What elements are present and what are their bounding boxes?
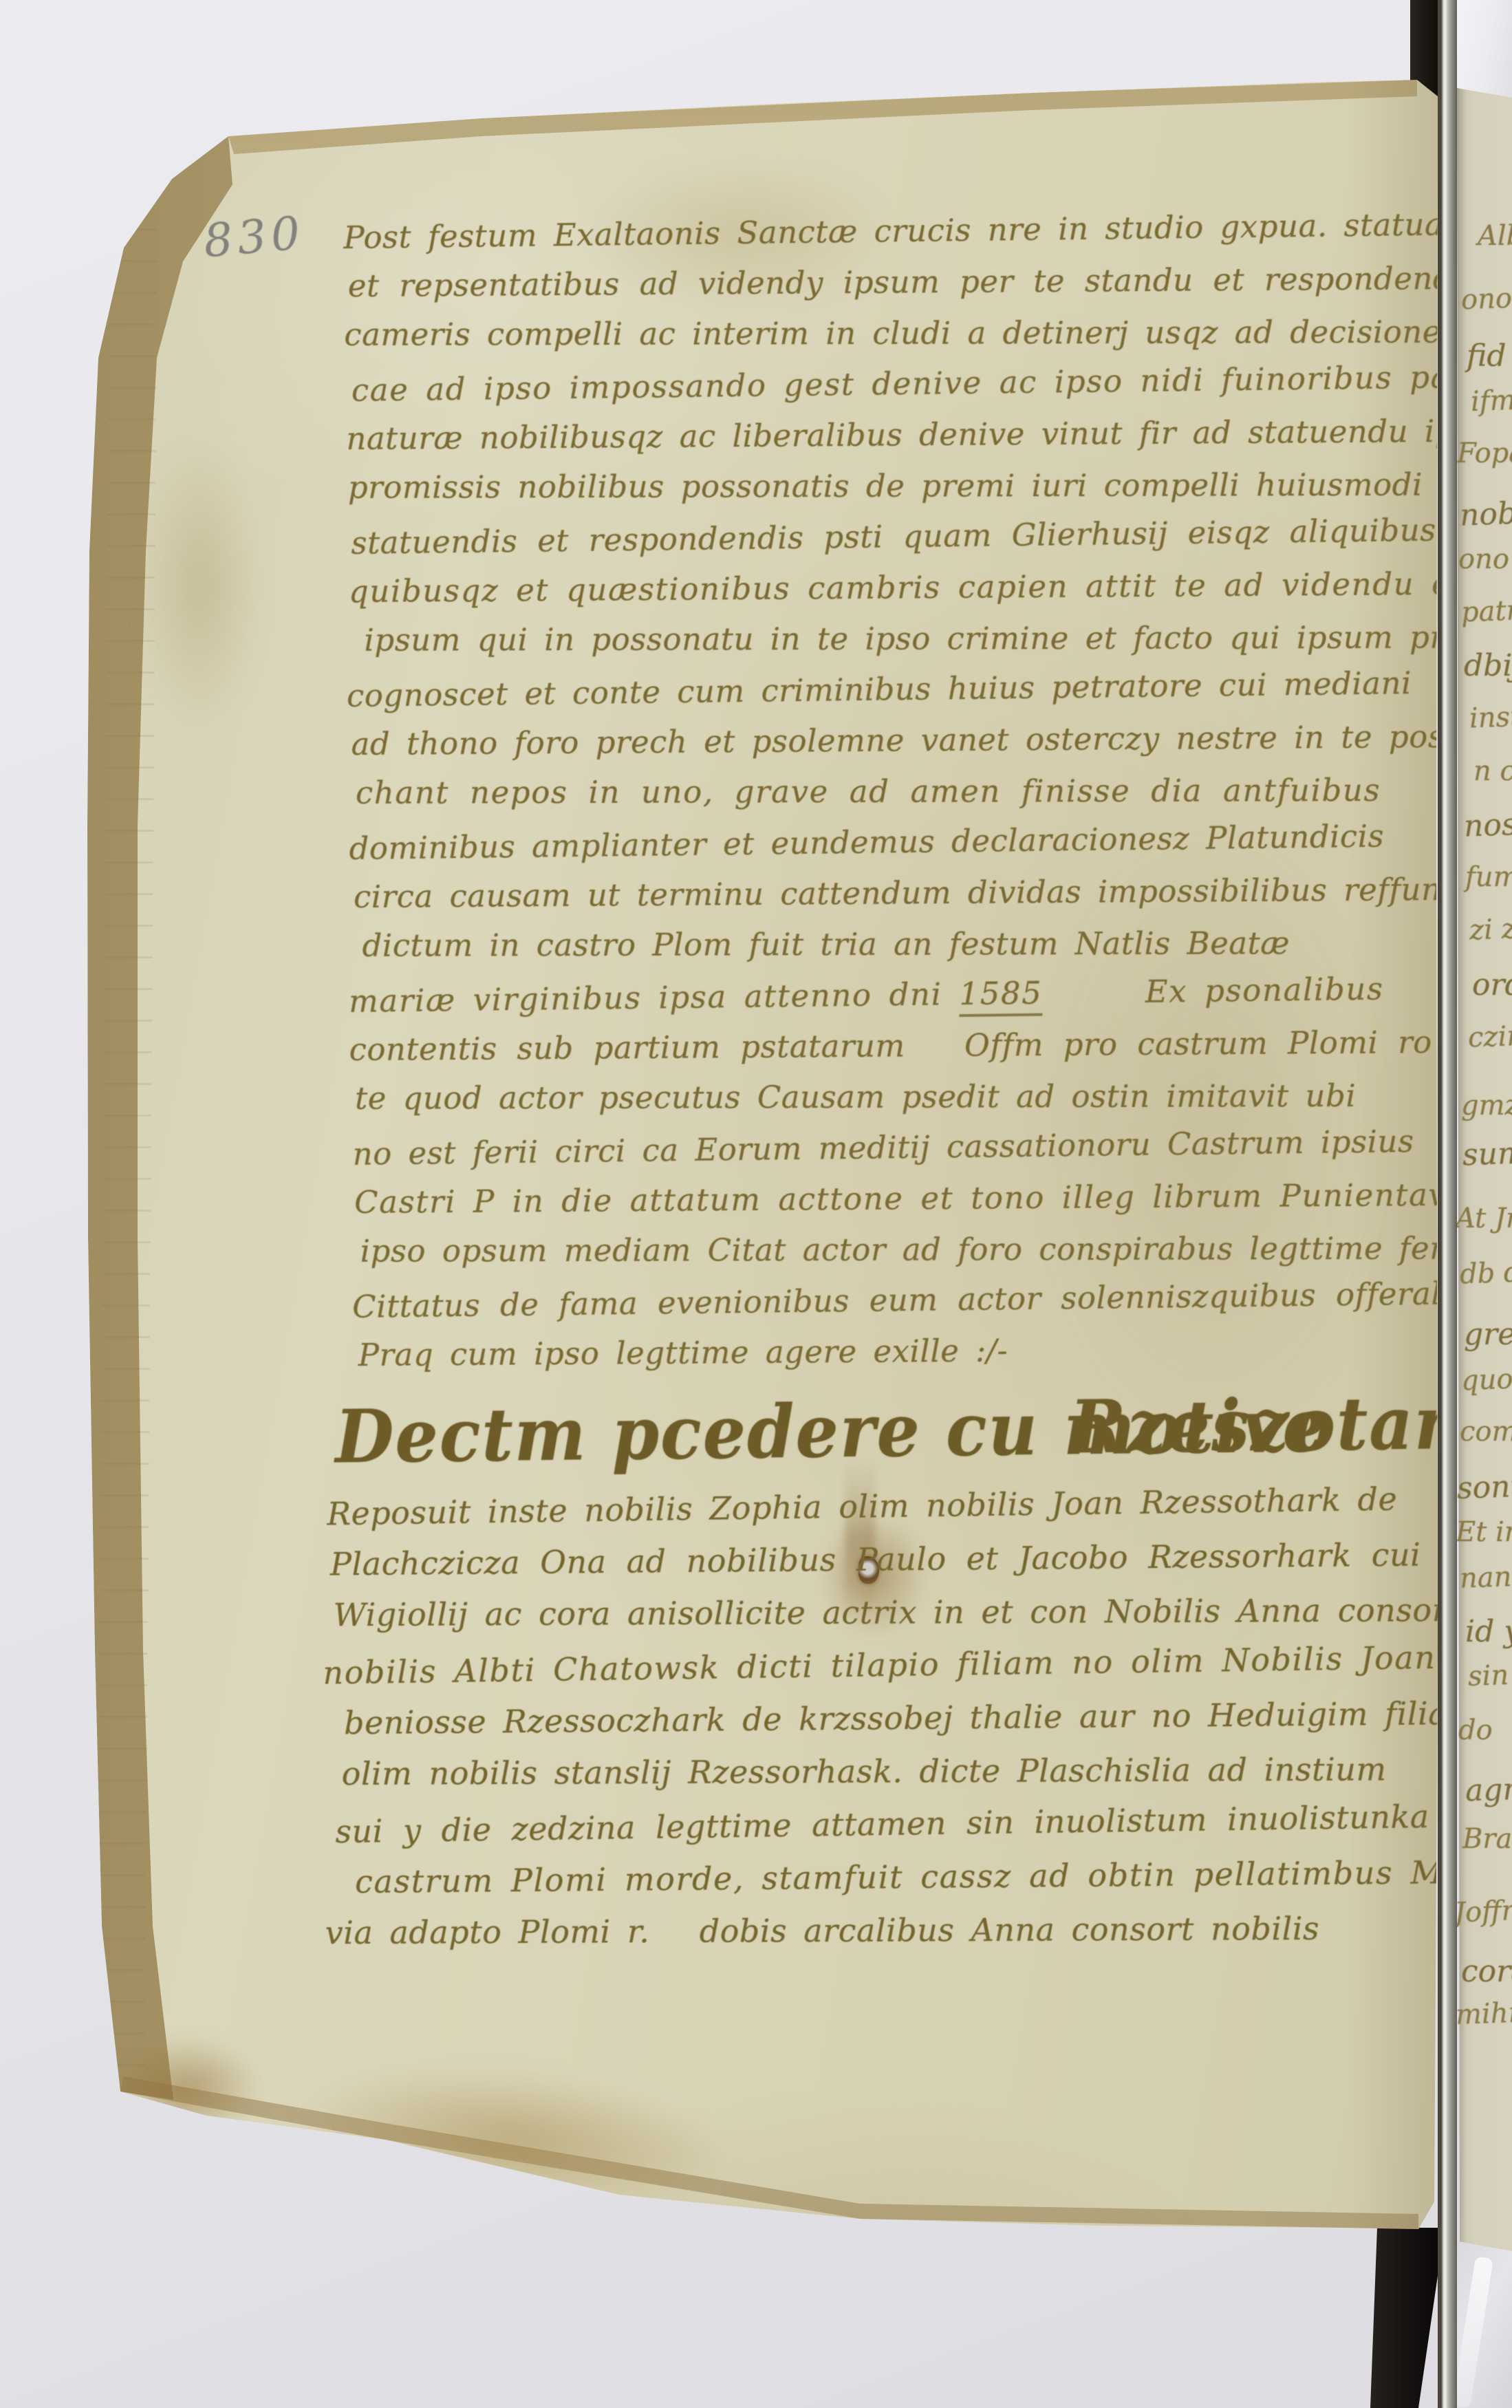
line-text: ad thono foro prech et psolemne vanet os…	[351, 718, 1511, 762]
stain	[110, 2036, 261, 2140]
adjacent-text-fragment: zi za	[1469, 912, 1512, 946]
adjacent-text-fragment: ono	[1460, 283, 1512, 316]
adjacent-text-fragment: dbij	[1464, 648, 1512, 683]
manuscript-line: cae ad ipso impossando gest denive ac ip…	[351, 353, 1356, 416]
adjacent-text-fragment: coram	[1461, 1954, 1512, 1989]
adjacent-text-fragment: patr	[1460, 595, 1512, 629]
line-text: Cittatus de fama evenionibus eum actor s…	[352, 1275, 1487, 1325]
underlined-year: 1585	[959, 975, 1043, 1017]
manuscript-line: beniosse Rzessoczhark de krzssobej thali…	[344, 1688, 1356, 1750]
line-text: statuendis et respondendis psti quam Gli…	[351, 512, 1436, 561]
manuscript-line: Post festum Exaltaonis Sanctæ crucis nre…	[343, 200, 1355, 264]
line-text: no est ferii circi ca Eorum meditij cass…	[352, 1123, 1414, 1172]
line-text: Reposuit inste nobilis Zophia olim nobil…	[327, 1481, 1398, 1533]
line-text: dominibus amplianter et eundemus declara…	[349, 818, 1384, 867]
manuscript-line: et repsentatibus ad videndy ipsum per te…	[348, 254, 1355, 312]
line-text: mariæ virginibus ipsa attenno dni	[349, 976, 960, 1020]
adjacent-text-fragment: ordi	[1472, 967, 1512, 1002]
manuscript-line: ipso opsum mediam Citat actor ad foro co…	[360, 1223, 1362, 1277]
manuscript-line: dominibus amplianter et eundemus declara…	[349, 811, 1359, 874]
manuscript-line: Cittatus de fama evenionibus eum actor s…	[352, 1269, 1363, 1333]
adjacent-text-fragment: mihm	[1455, 1997, 1512, 2031]
manuscript-line: dictum in castro Plom fuit tria an festu…	[362, 918, 1359, 971]
adjacent-text-fragment: nobi	[1459, 495, 1512, 533]
line-text: dictum in castro Plom fuit tria an festu…	[362, 925, 1290, 964]
stain	[290, 2048, 742, 2231]
adjacent-text-fragment: fid	[1467, 338, 1506, 374]
line-text: Ex psonalibus	[1042, 971, 1384, 1011]
adjacent-text-fragment: gmz	[1461, 1090, 1512, 1121]
adjacent-text-fragment: Joffr	[1454, 1895, 1512, 1928]
adjacent-text-fragment: Fopa	[1457, 438, 1512, 469]
photograph-of-manuscript-book: Alb.onofidifmFopanobiono dpatrdbijinstin…	[0, 0, 1512, 2408]
line-text: chant nepos in uno, grave ad amen finiss…	[356, 772, 1381, 811]
line-text: circa causam ut terminu cattendum divida…	[354, 870, 1512, 915]
line-text: naturæ nobilibusqz ac liberalibus denive…	[346, 413, 1471, 457]
line-text: promissis nobilibus possonatis de premi …	[348, 466, 1476, 506]
manuscript-line: naturæ nobilibusqz ac liberalibus denive…	[346, 407, 1356, 464]
manuscript-line: quibusqz et quæstionibus cambris capien …	[349, 559, 1357, 617]
manuscript-line: Praq cum ipso legttime agere exille :/-	[358, 1323, 1362, 1381]
adjacent-text-fragment: sum	[1462, 1135, 1512, 1172]
manuscript-line: via adapto Plomi r. dobis arcalibus Anna…	[325, 1902, 1357, 1960]
manuscript-line: mariæ virginibus ipsa attenno dni 1585 E…	[349, 964, 1361, 1027]
adjacent-text-fragment: insti	[1469, 700, 1512, 734]
black-support-bottom	[1369, 2228, 1438, 2408]
adjacent-text-fragment: fum	[1465, 861, 1512, 893]
manuscript-line: Plachczicza Ona ad nobilibus Paulo et Ja…	[330, 1529, 1354, 1591]
adjacent-text-fragment: db d	[1459, 1256, 1512, 1290]
line-text: nobilis Albti Chatowsk dicti tilapio fil…	[323, 1639, 1436, 1692]
line-text: Plachczicza Ona ad nobilibus Paulo et Ja…	[330, 1535, 1512, 1583]
line-text: Wigiollij ac cora anisollicite actrix in…	[334, 1591, 1480, 1633]
adjacent-text-fragment: sonta	[1456, 1468, 1512, 1506]
manuscript-line: ipsum qui in possonatu in te ipso crimin…	[364, 612, 1357, 666]
adjacent-text-fragment: czim	[1467, 1020, 1512, 1053]
manuscript-text-block-upper: Post festum Exaltaonis Sanctæ crucis nre…	[343, 203, 1363, 1381]
line-text: castrum Plomi morde, stamfuit cassz ad o…	[355, 1853, 1502, 1901]
adjacent-text-fragment: Alb.	[1478, 220, 1512, 252]
line-text: contentis sub partium pstatarum Offm pro…	[349, 1023, 1512, 1068]
line-text: sui y die zedzina legttime attamen sin i…	[335, 1796, 1512, 1850]
line-text: quibusqz et quæstionibus cambris capien …	[349, 564, 1512, 610]
line-text: Praq cum ipso legttime agere exille :/-	[358, 1332, 1008, 1373]
line-text: Castri P in die attatum acttone et tono …	[354, 1176, 1471, 1221]
adjacent-text-fragment: ifm	[1470, 385, 1512, 418]
manuscript-line: te quod actor psecutus Causam psedit ad …	[355, 1071, 1361, 1124]
adjacent-text-fragment: agnl	[1465, 1771, 1512, 1808]
manuscript-text-block-lower: Reposuit inste nobilis Zophia olim nobil…	[321, 1476, 1357, 1961]
adjacent-text-fragment: do	[1458, 1714, 1493, 1746]
adjacent-text-fragment: comp	[1460, 1416, 1512, 1448]
line-text: cognoscet et conte cum criminibus huius …	[347, 665, 1412, 714]
adjacent-text-fragment: n co	[1473, 755, 1512, 787]
manuscript-line: castrum Plomi morde, stamfuit cassz ad o…	[355, 1847, 1357, 1909]
manuscript-line: ad thono foro prech et psolemne vanet os…	[351, 712, 1358, 770]
line-text: ipso opsum mediam Citat actor ad foro co…	[360, 1230, 1487, 1269]
manuscript-line: statuendis et respondendis psti quam Gli…	[351, 506, 1357, 569]
adjacent-text-fragment: gres s	[1464, 1317, 1512, 1352]
line-text: beniosse Rzessoczhark de krzssobej thali…	[344, 1695, 1478, 1741]
metal-page-holder-rod	[1438, 0, 1457, 2408]
adjacent-text-fragment: id yr	[1465, 1614, 1512, 1649]
manuscript-line: chant nepos in uno, grave ad amen finiss…	[356, 765, 1359, 819]
adjacent-text-fragment: Bras	[1462, 1823, 1512, 1855]
manuscript-line: Wigiollij ac cora anisollicite actrix in…	[333, 1584, 1354, 1642]
adjacent-page-text-column: Alb.onofidifmFopanobiono dpatrdbijinstin…	[1454, 0, 1512, 2408]
manuscript-line: promissis nobilibus possonatis de premi …	[348, 460, 1357, 513]
manuscript-line: Castri P in die attatum acttone et tono …	[354, 1170, 1361, 1228]
manuscript-line: cameris compelli ac interim in cludi a d…	[344, 307, 1355, 361]
line-text: ipsum qui in possonatu in te ipso crimin…	[364, 619, 1512, 658]
manuscript-page: 830 Post festum Exaltaonis Sanctæ crucis…	[0, 0, 1512, 2408]
line-text: via adapto Plomi r. dobis arcalibus Anna…	[325, 1910, 1320, 1951]
manuscript-line: circa causam ut terminu cattendum divida…	[354, 865, 1359, 923]
adjacent-text-fragment: nano	[1459, 1560, 1512, 1594]
adjacent-text-fragment: ono d	[1458, 544, 1512, 575]
line-text: cameris compelli ac interim in cludi a d…	[344, 314, 1471, 353]
section-heading-name: Rzeszotari	[1070, 1380, 1478, 1470]
folio-number-pencil: 830	[202, 206, 307, 268]
adjacent-text-fragment: sin os	[1467, 1658, 1512, 1692]
manuscript-line: olim nobilis stanslij Rzessorhask. dicte…	[342, 1743, 1356, 1800]
line-text: te quod actor psecutus Causam psedit ad …	[355, 1077, 1356, 1117]
line-text: Post festum Exaltaonis Sanctæ crucis nre…	[343, 206, 1460, 256]
stain	[138, 440, 261, 729]
adjacent-text-fragment: Et in	[1456, 1516, 1512, 1548]
line-text: cae ad ipso impossando gest denive ac ip…	[352, 358, 1451, 409]
manuscript-line: contentis sub partium pstatarum Offm pro…	[349, 1018, 1360, 1075]
adjacent-text-fragment: nost	[1463, 806, 1512, 843]
line-text: et repsentatibus ad videndy ipsum per te…	[348, 259, 1512, 304]
manuscript-line: no est ferii circi ca Eorum meditij cass…	[352, 1117, 1361, 1180]
manuscript-line: cognoscet et conte cum criminibus huius …	[347, 658, 1359, 722]
adjacent-text-fragment: quo m	[1460, 1362, 1512, 1397]
adjacent-text-fragment: At Jno	[1456, 1203, 1512, 1234]
line-text: olim nobilis stanslij Rzessorhask. dicte…	[342, 1750, 1387, 1792]
